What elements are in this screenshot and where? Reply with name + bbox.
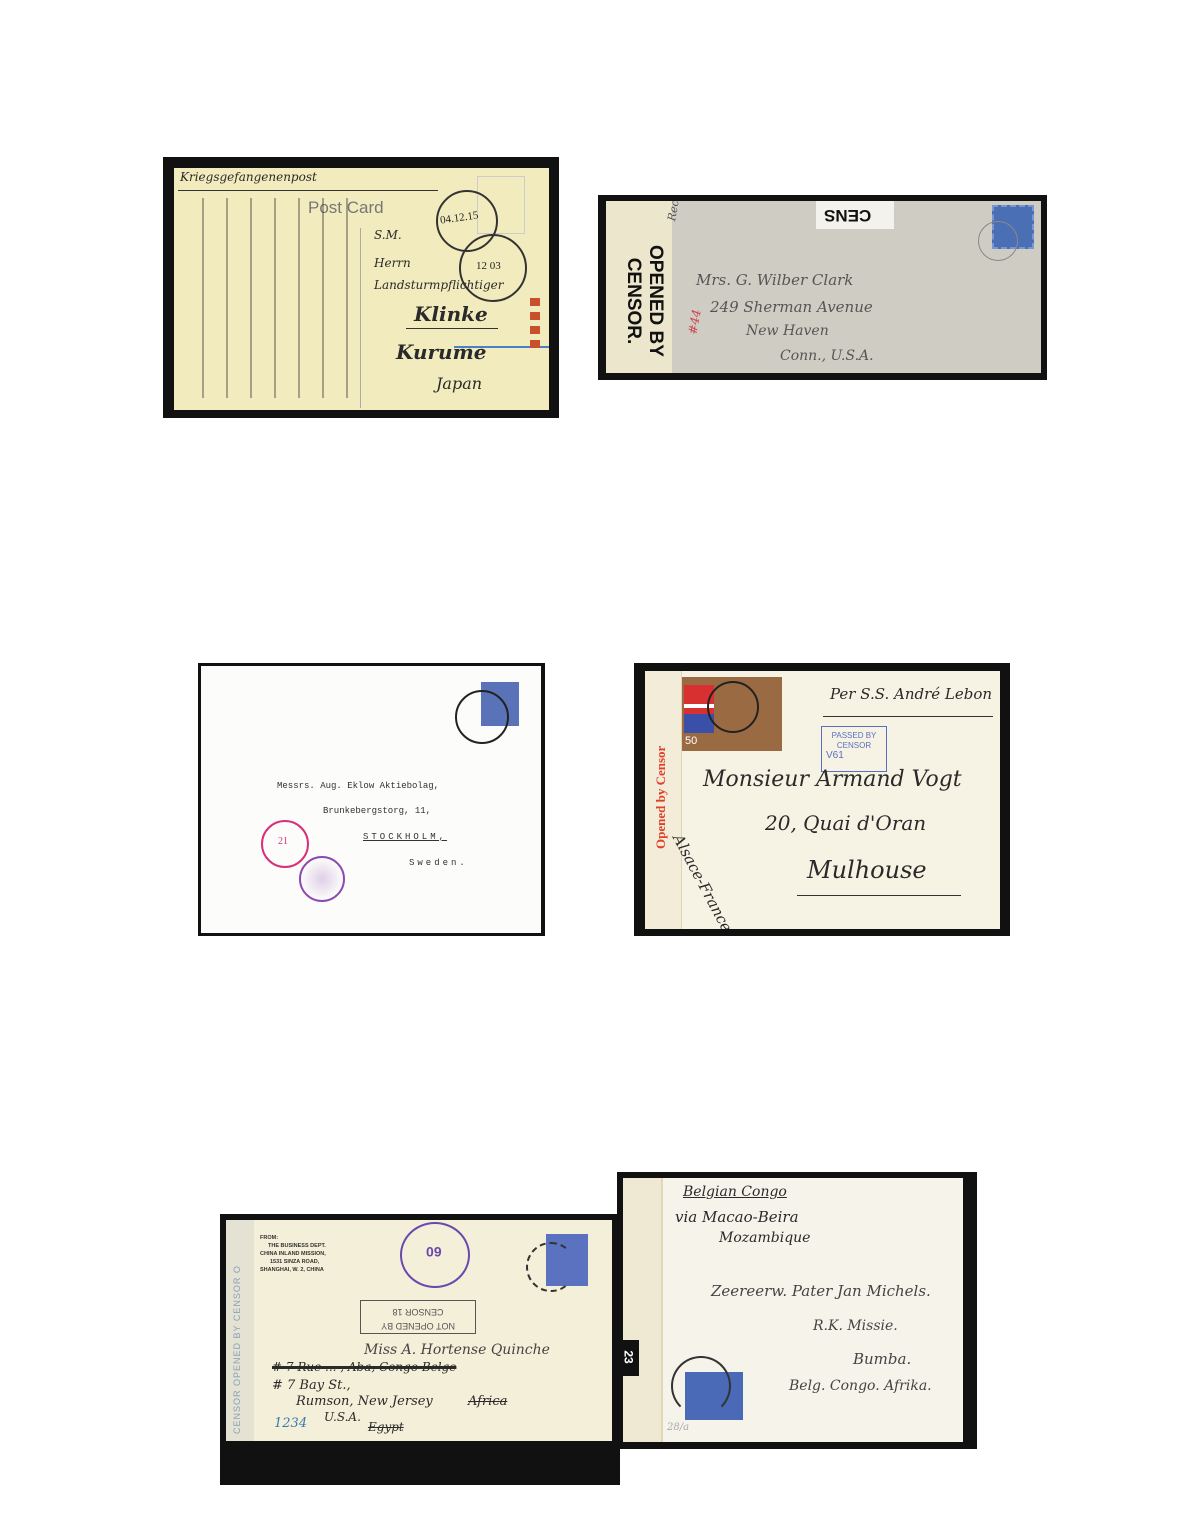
return-address-line-3: CHINA INLAND MISSION, [260,1250,326,1258]
cover-mulhouse: Opened by Censor 50 Per S.S. André Lebon… [634,663,1010,936]
routing-line-2: via Macao-Beira [675,1208,799,1226]
cover-paper: CENSOR OPENED BY CENSOR O FROM: THE BUSI… [226,1220,612,1441]
side-note: Rec'd 6/14 [665,201,688,222]
recipient-line-3: Rumson, New Jersey [296,1394,433,1409]
recipient-line-2: Brunkebergstorg, 11, [323,806,431,816]
censor-tape-text: CENSOR OPENED BY CENSOR O [232,1265,242,1434]
cover-stockholm: Messrs. Aug. Eklow Aktiebolag, Brunkeber… [198,663,545,936]
cover-paper: 23 Belgian Congo via Macao-Beira Mozambi… [623,1178,963,1442]
recipient-line-2: 20, Quai d'Oran [765,811,926,835]
recipient-line-1: Monsieur Armand Vogt [703,767,962,792]
recipient-line-3: STOCKHOLM, [363,832,447,842]
return-address: FROM: THE BUSINESS DEPT. CHINA INLAND MI… [260,1234,326,1274]
note: 1234 [274,1416,307,1431]
box-stamp-line-2: CENSOR 18 [361,1305,475,1319]
recipient-line-2: R.K. Missie. [813,1318,898,1334]
return-address-line-1: FROM: [260,1234,326,1242]
postmark [707,681,759,733]
top-note: Kriegsgefangenenpost [180,170,317,184]
recipient-line-1: Mrs. G. Wilber Clark [696,271,853,289]
recipient-line-4: Sweden. [409,858,468,868]
cover-rumson: CENSOR OPENED BY CENSOR O FROM: THE BUSI… [220,1214,620,1485]
censor-tape-text: Opened by Censor [653,746,669,849]
pencil-note: 28/a [667,1422,689,1433]
box-stamp: PASSED BY CENSOR V61 [821,726,887,772]
recipient-line-3: Landsturmpflichtiger [374,278,504,292]
box-stamp: NOT OPENED BY CENSOR 18 [360,1300,476,1334]
recipient-line-2: # 7 Bay St., [272,1378,351,1393]
postcard-paper: Kriegsgefangenenpost Post Card 04.12.15 … [174,168,549,410]
box-stamp-line-3: V61 [822,751,886,761]
stamp-value: 50 [685,735,697,747]
recipient-line-1: Zeereerw. Pater Jan Michels. [711,1282,931,1300]
routing-line-1: Belgian Congo [683,1184,787,1200]
routing-line-3: Mozambique [719,1230,810,1246]
struck-line-2: Africa [468,1394,507,1409]
recipient-line-4: Conn., U.S.A. [780,348,874,364]
censor-number: 23 [623,1350,636,1363]
box-stamp-number: 18 [392,1307,402,1317]
censor-mark-purple [299,856,345,902]
censor-tape-text: OPENED BY CENSOR. [622,231,666,371]
recipient-line-4: U.S.A. [324,1410,361,1424]
box-stamp-censor: CENSOR [405,1307,444,1317]
city-underline [797,895,961,896]
postmark-2-date: 12 03 [476,260,501,272]
message-lines [188,198,358,398]
routing: Per S.S. André Lebon [830,685,992,703]
box-stamp-line-1: PASSED BY [822,731,886,741]
round-censor-number: 60 [426,1244,442,1260]
struck-line-3: Egypt [368,1420,404,1434]
recipient-line-2: 249 Sherman Avenue [710,298,873,316]
recipient-line-4: Klinke [414,302,488,326]
vertical-divider [360,228,361,408]
postmark [526,1242,576,1292]
recipient-line-3: Bumba. [853,1350,911,1368]
recipient-line-5: Kurume [396,340,486,364]
censor-mark-red-number: 21 [278,836,288,847]
red-note: #44 [686,308,704,335]
cover-paper: Opened by Censor 50 Per S.S. André Lebon… [645,671,1000,929]
postmark [455,690,509,744]
censor-cover-new-haven: OPENED BY CENSOR. CENS Rec'd 6/14 #44 Mr… [598,195,1047,380]
postmark [978,221,1018,261]
cover-paper: OPENED BY CENSOR. CENS Rec'd 6/14 #44 Mr… [606,201,1041,373]
postcard-cover: Kriegsgefangenenpost Post Card 04.12.15 … [163,157,559,418]
recipient-line-6: Japan [436,374,482,393]
struck-line-1: # 7 Rue ... , Aba, Congo Belge [272,1360,456,1374]
censor-tape [623,1178,663,1442]
postmark [671,1356,731,1416]
recipient-line-3: New Haven [746,323,829,339]
return-address-line-2: THE BUSINESS DEPT. [260,1242,326,1250]
recipient-line-4: Belg. Congo. Afrika. [789,1378,932,1394]
top-tape-text: CENS [824,205,871,225]
recipient-line-1: Miss A. Hortense Quinche [364,1342,550,1358]
routing-underline [823,716,993,717]
recipient-line-2: Herrn [374,256,411,270]
recipient-line-3: Mulhouse [807,856,927,884]
underline [406,328,498,329]
cover-paper: Messrs. Aug. Eklow Aktiebolag, Brunkeber… [201,666,541,933]
red-seal [530,298,540,354]
cover-belgian-congo: 23 Belgian Congo via Macao-Beira Mozambi… [617,1172,977,1449]
divider-line [178,190,438,191]
return-address-line-5: SHANGHAI, W. 2, CHINA [260,1266,326,1274]
recipient-line-1: S.M. [374,228,402,242]
return-address-line-4: 1531 SINZA ROAD, [260,1258,326,1266]
box-stamp-line-1: NOT OPENED BY [361,1319,475,1333]
recipient-line-1: Messrs. Aug. Eklow Aktiebolag, [277,781,439,791]
